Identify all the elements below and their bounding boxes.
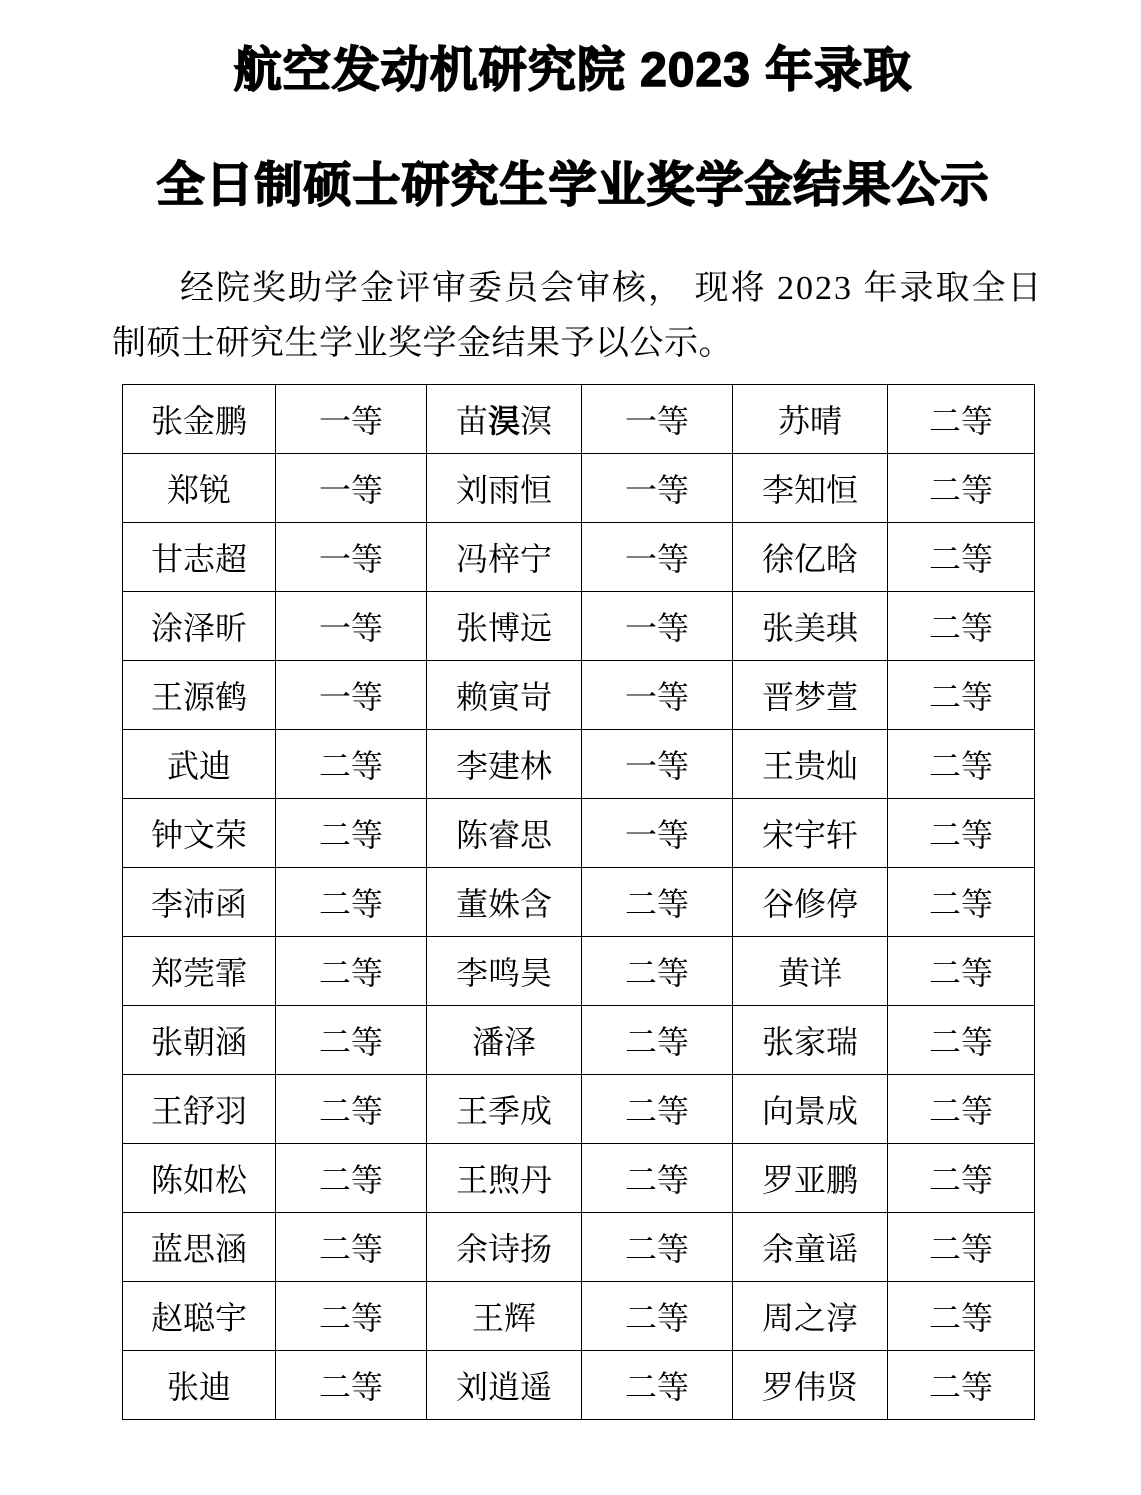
- award-grade-cell: 二等: [582, 1144, 733, 1213]
- student-name-cell: 郑锐: [123, 454, 276, 523]
- student-name-cell: 王煦丹: [427, 1144, 582, 1213]
- student-name-cell: 张金鹏: [123, 385, 276, 454]
- student-name-cell: 晋梦萱: [733, 661, 888, 730]
- student-name-cell: 王舒羽: [123, 1075, 276, 1144]
- student-name-cell: 徐亿晗: [733, 523, 888, 592]
- award-grade-cell: 二等: [582, 1006, 733, 1075]
- student-name-cell: 王源鹤: [123, 661, 276, 730]
- award-grade-cell: 一等: [276, 385, 427, 454]
- student-name-cell: 刘逍遥: [427, 1351, 582, 1420]
- student-name-cell: 罗亚鹏: [733, 1144, 888, 1213]
- student-name-cell: 钟文荣: [123, 799, 276, 868]
- award-grade-cell: 二等: [888, 868, 1035, 937]
- table-row: 武迪二等李建林一等王贵灿二等: [123, 730, 1035, 799]
- student-name-cell: 陈睿思: [427, 799, 582, 868]
- student-name-cell: 冯梓宁: [427, 523, 582, 592]
- award-grade-cell: 一等: [582, 385, 733, 454]
- table-row: 赵聪宇二等王辉二等周之淳二等: [123, 1282, 1035, 1351]
- table-row: 郑莞霏二等李鸣昊二等黄详二等: [123, 937, 1035, 1006]
- award-grade-cell: 二等: [582, 1213, 733, 1282]
- award-grade-cell: 二等: [888, 1006, 1035, 1075]
- award-grade-cell: 二等: [888, 592, 1035, 661]
- award-grade-cell: 二等: [888, 661, 1035, 730]
- award-grade-cell: 一等: [276, 661, 427, 730]
- table-row: 张朝涵二等潘泽二等张家瑞二等: [123, 1006, 1035, 1075]
- student-name-cell: 李鸣昊: [427, 937, 582, 1006]
- intro-paragraph-line1: 经院奖助学金评审委员会审核， 现将 2023 年录取全日: [112, 261, 1034, 316]
- student-name-cell: 郑莞霏: [123, 937, 276, 1006]
- student-name-cell: 余诗扬: [427, 1213, 582, 1282]
- award-grade-cell: 二等: [888, 1144, 1035, 1213]
- table-row: 张金鹏一等苗淏溟一等苏晴二等: [123, 385, 1035, 454]
- award-grade-cell: 一等: [582, 799, 733, 868]
- award-grade-cell: 二等: [888, 385, 1035, 454]
- award-grade-cell: 二等: [276, 1144, 427, 1213]
- award-grade-cell: 二等: [888, 799, 1035, 868]
- award-grade-cell: 一等: [276, 454, 427, 523]
- student-name-cell: 甘志超: [123, 523, 276, 592]
- table-row: 蓝思涵二等余诗扬二等余童谣二等: [123, 1213, 1035, 1282]
- table-row: 李沛函二等董姝含二等谷修停二等: [123, 868, 1035, 937]
- document-page: 航空发动机研究院 2023 年录取 全日制硕士研究生学业奖学金结果公示 经院奖助…: [0, 0, 1141, 1495]
- student-name-cell: 李建林: [427, 730, 582, 799]
- student-name-cell: 罗伟贤: [733, 1351, 888, 1420]
- award-grade-cell: 二等: [276, 799, 427, 868]
- intro-paragraph-line2: 制硕士研究生学业奖学金结果予以公示。: [112, 316, 1034, 371]
- award-grade-cell: 二等: [582, 868, 733, 937]
- award-grade-cell: 二等: [276, 1075, 427, 1144]
- award-grade-cell: 二等: [276, 730, 427, 799]
- student-name-cell: 李知恒: [733, 454, 888, 523]
- student-name-cell: 张美琪: [733, 592, 888, 661]
- table-row: 张迪二等刘逍遥二等罗伟贤二等: [123, 1351, 1035, 1420]
- award-grade-cell: 二等: [276, 937, 427, 1006]
- student-name-cell: 张迪: [123, 1351, 276, 1420]
- award-grade-cell: 二等: [888, 1351, 1035, 1420]
- award-grade-cell: 二等: [582, 1351, 733, 1420]
- award-grade-cell: 二等: [888, 523, 1035, 592]
- table-row: 陈如松二等王煦丹二等罗亚鹏二等: [123, 1144, 1035, 1213]
- document-title-line2: 全日制硕士研究生学业奖学金结果公示: [112, 153, 1034, 219]
- award-grade-cell: 二等: [276, 1213, 427, 1282]
- fallback-font-char: 淏: [488, 403, 520, 439]
- award-grade-cell: 二等: [276, 1006, 427, 1075]
- table-row: 甘志超一等冯梓宁一等徐亿晗二等: [123, 523, 1035, 592]
- student-name-cell: 谷修停: [733, 868, 888, 937]
- student-name-cell: 张博远: [427, 592, 582, 661]
- student-name-cell: 张朝涵: [123, 1006, 276, 1075]
- student-name-cell: 宋宇轩: [733, 799, 888, 868]
- student-name-cell: 潘泽: [427, 1006, 582, 1075]
- award-grade-cell: 二等: [582, 937, 733, 1006]
- student-name-cell: 王季成: [427, 1075, 582, 1144]
- student-name-cell: 黄详: [733, 937, 888, 1006]
- table-row: 钟文荣二等陈睿思一等宋宇轩二等: [123, 799, 1035, 868]
- student-name-cell: 刘雨恒: [427, 454, 582, 523]
- award-grade-cell: 一等: [582, 661, 733, 730]
- award-grade-cell: 二等: [582, 1075, 733, 1144]
- award-grade-cell: 二等: [888, 454, 1035, 523]
- student-name-cell: 赵聪宇: [123, 1282, 276, 1351]
- student-name-cell: 涂泽昕: [123, 592, 276, 661]
- award-grade-cell: 二等: [276, 1351, 427, 1420]
- student-name-cell: 董姝含: [427, 868, 582, 937]
- document-title-line1: 航空发动机研究院 2023 年录取: [112, 38, 1034, 104]
- award-grade-cell: 一等: [276, 523, 427, 592]
- award-grade-cell: 一等: [582, 730, 733, 799]
- student-name-cell: 苏晴: [733, 385, 888, 454]
- student-name-cell: 陈如松: [123, 1144, 276, 1213]
- scholarship-results-table: 张金鹏一等苗淏溟一等苏晴二等郑锐一等刘雨恒一等李知恒二等甘志超一等冯梓宁一等徐亿…: [122, 384, 1035, 1420]
- award-grade-cell: 一等: [582, 454, 733, 523]
- student-name-cell: 赖寅岢: [427, 661, 582, 730]
- award-grade-cell: 二等: [888, 1213, 1035, 1282]
- student-name-cell: 周之淳: [733, 1282, 888, 1351]
- award-grade-cell: 二等: [888, 1075, 1035, 1144]
- student-name-cell: 武迪: [123, 730, 276, 799]
- award-grade-cell: 一等: [276, 592, 427, 661]
- student-name-cell: 王贵灿: [733, 730, 888, 799]
- student-name-cell: 苗淏溟: [427, 385, 582, 454]
- award-grade-cell: 一等: [582, 523, 733, 592]
- student-name-cell: 向景成: [733, 1075, 888, 1144]
- student-name-cell: 蓝思涵: [123, 1213, 276, 1282]
- table-row: 涂泽昕一等张博远一等张美琪二等: [123, 592, 1035, 661]
- student-name-cell: 王辉: [427, 1282, 582, 1351]
- table-row: 王舒羽二等王季成二等向景成二等: [123, 1075, 1035, 1144]
- award-grade-cell: 一等: [582, 592, 733, 661]
- scholarship-table-body: 张金鹏一等苗淏溟一等苏晴二等郑锐一等刘雨恒一等李知恒二等甘志超一等冯梓宁一等徐亿…: [123, 385, 1035, 1420]
- table-row: 郑锐一等刘雨恒一等李知恒二等: [123, 454, 1035, 523]
- student-name-cell: 李沛函: [123, 868, 276, 937]
- student-name-cell: 张家瑞: [733, 1006, 888, 1075]
- award-grade-cell: 二等: [276, 868, 427, 937]
- award-grade-cell: 二等: [888, 937, 1035, 1006]
- award-grade-cell: 二等: [888, 1282, 1035, 1351]
- table-row: 王源鹤一等赖寅岢一等晋梦萱二等: [123, 661, 1035, 730]
- student-name-cell: 余童谣: [733, 1213, 888, 1282]
- award-grade-cell: 二等: [888, 730, 1035, 799]
- award-grade-cell: 二等: [582, 1282, 733, 1351]
- award-grade-cell: 二等: [276, 1282, 427, 1351]
